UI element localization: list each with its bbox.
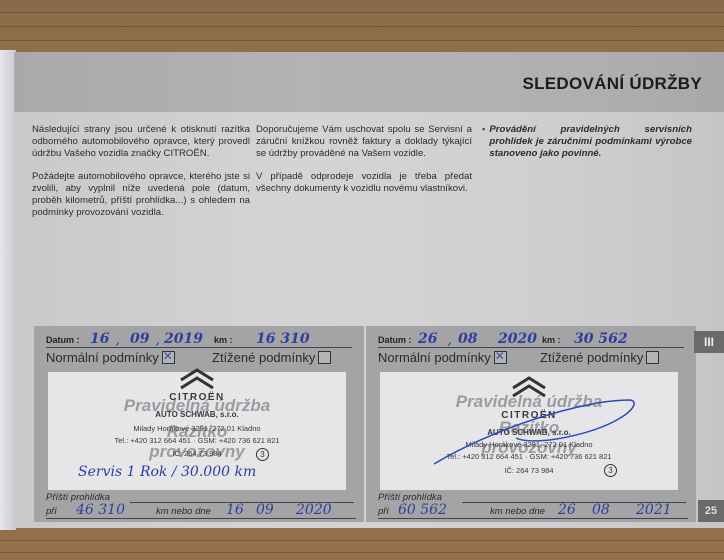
wood-grain bbox=[0, 26, 724, 27]
stamp-ic: IČ: 264 73 984 bbox=[48, 449, 346, 458]
header-band: SLEDOVÁNÍ ÚDRŽBY bbox=[14, 52, 724, 112]
bullet-icon: • bbox=[482, 124, 485, 161]
normal-conditions-checkbox[interactable] bbox=[162, 351, 175, 364]
normal-conditions: Normální podmínky bbox=[46, 350, 175, 365]
stamp-circle-number: 3 bbox=[256, 448, 269, 461]
maintenance-record-1: Datum : 16 , 09 , 2019 km : 16 310 Normá… bbox=[34, 326, 364, 522]
km-value: 30 562 bbox=[574, 331, 628, 347]
stamp-phone: Tel.: +420 312 664 451 · GSM: +420 736 6… bbox=[48, 436, 346, 445]
wood-grain bbox=[0, 40, 724, 41]
km-label: km : bbox=[214, 335, 233, 345]
date-year: 2019 bbox=[164, 331, 203, 347]
hard-conditions: Ztížené podmínky bbox=[212, 350, 331, 365]
at-label: při bbox=[378, 506, 389, 517]
handwritten-note: Servis 1 Rok / 30.000 km bbox=[78, 464, 256, 480]
intro-column-3: • Provádění pravidelných servisních proh… bbox=[482, 124, 692, 161]
km-label: km : bbox=[542, 335, 561, 345]
intro-paragraph: Následující strany jsou určené k otisknu… bbox=[32, 124, 250, 161]
stamp-area: Pravidelná údržba Razítko provozovny CIT… bbox=[380, 372, 678, 490]
section-tab: III bbox=[694, 331, 724, 353]
date-month: 08 bbox=[458, 331, 477, 347]
hard-conditions-checkbox[interactable] bbox=[318, 351, 331, 364]
at-label: při bbox=[46, 506, 57, 517]
date-day: 26 bbox=[418, 331, 437, 347]
next-year: 2020 bbox=[296, 502, 332, 518]
date-year: 2020 bbox=[498, 331, 537, 347]
hard-conditions-label: Ztížené podmínky bbox=[540, 350, 643, 365]
stamp-brand: CITROËN bbox=[48, 392, 346, 403]
hard-conditions-checkbox[interactable] bbox=[646, 351, 659, 364]
stamp-area: Pravidelná údržba Razítko provozovny CIT… bbox=[48, 372, 346, 490]
intro-column-2: Doporučujeme Vám uschovat spolu se Servi… bbox=[256, 124, 472, 205]
booklet-page: SLEDOVÁNÍ ÚDRŽBY Následující strany jsou… bbox=[14, 52, 724, 528]
citroen-chevrons-icon bbox=[177, 366, 217, 392]
signature-scribble-icon bbox=[430, 390, 640, 470]
conditions-row: Normální podmínky Ztížené podmínky bbox=[378, 350, 688, 370]
normal-conditions-label: Normální podmínky bbox=[378, 350, 491, 365]
normal-conditions-checkbox[interactable] bbox=[494, 351, 507, 364]
next-month: 08 bbox=[592, 502, 610, 518]
intro-paragraph: Požádejte automobilového opravce, kteréh… bbox=[32, 171, 250, 220]
page-number: 25 bbox=[698, 500, 724, 522]
intro-paragraph: V případě odprodeje vozidla je třeba pře… bbox=[256, 171, 472, 195]
date-month: 09 bbox=[130, 331, 149, 347]
wood-grain bbox=[0, 552, 724, 553]
next-km: 46 310 bbox=[76, 502, 125, 518]
date-label: Datum : bbox=[46, 335, 80, 345]
intro-paragraph: Doporučujeme Vám uschovat spolu se Servi… bbox=[256, 124, 472, 161]
next-year: 2021 bbox=[636, 502, 672, 518]
km-or-date-label: km nebo dne bbox=[490, 506, 545, 517]
section-title: SLEDOVÁNÍ ÚDRŽBY bbox=[522, 74, 702, 94]
next-km: 60 562 bbox=[398, 502, 447, 518]
km-or-date-label: km nebo dne bbox=[156, 506, 211, 517]
next-month: 09 bbox=[256, 502, 274, 518]
hard-conditions: Ztížené podmínky bbox=[540, 350, 659, 365]
date-km-row: Datum : 16 , 09 , 2019 km : 16 310 bbox=[46, 330, 352, 348]
stamp-dealer: AUTO SCHWAB, s.r.o. bbox=[48, 410, 346, 419]
wood-grain bbox=[0, 12, 724, 13]
stamp-address: Milady Horákové 3291, 272 01 Kladno bbox=[48, 424, 346, 433]
km-value: 16 310 bbox=[256, 331, 310, 347]
date-day: 16 bbox=[90, 331, 109, 347]
date-km-row: Datum : 26 , 08 2020 km : 30 562 bbox=[378, 330, 684, 348]
normal-conditions-label: Normální podmínky bbox=[46, 350, 159, 365]
next-day: 16 bbox=[226, 502, 244, 518]
maintenance-record-2: Datum : 26 , 08 2020 km : 30 562 Normáln… bbox=[366, 326, 696, 522]
wood-grain bbox=[0, 540, 724, 541]
intro-column-1: Následující strany jsou určené k otisknu… bbox=[32, 124, 250, 229]
normal-conditions: Normální podmínky bbox=[378, 350, 507, 365]
date-label: Datum : bbox=[378, 335, 412, 345]
next-day: 26 bbox=[558, 502, 576, 518]
hard-conditions-label: Ztížené podmínky bbox=[212, 350, 315, 365]
warranty-note: Provádění pravidelných servisních prohlí… bbox=[489, 124, 692, 161]
